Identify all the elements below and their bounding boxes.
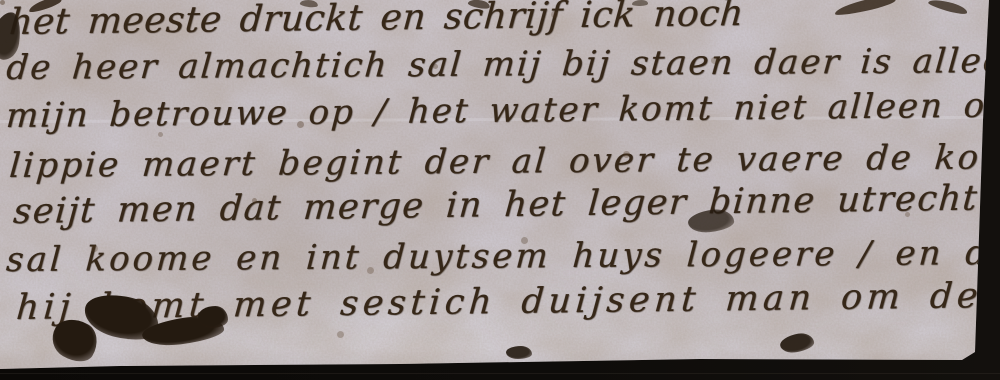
handwriting-line: lippie maert begint der al over te vaere… — [8, 137, 1000, 186]
handwriting-line: de heer almachtich sal mij bij staen dae… — [5, 41, 1000, 88]
letter-page: het meeste druckt en schrijf ick noch de… — [0, 0, 1000, 380]
scanner-edge-highlight — [0, 373, 1000, 374]
ink-blot — [198, 306, 228, 328]
ink-blot — [506, 346, 532, 359]
cropped-line-fragment — [632, 0, 648, 6]
handwriting-line: sal koome en int duytsem huys logeere / … — [5, 233, 1000, 280]
ink-bleedthrough-specks — [0, 0, 5, 5]
scan-background: het meeste druckt en schrijf ick noch de… — [0, 0, 1000, 380]
